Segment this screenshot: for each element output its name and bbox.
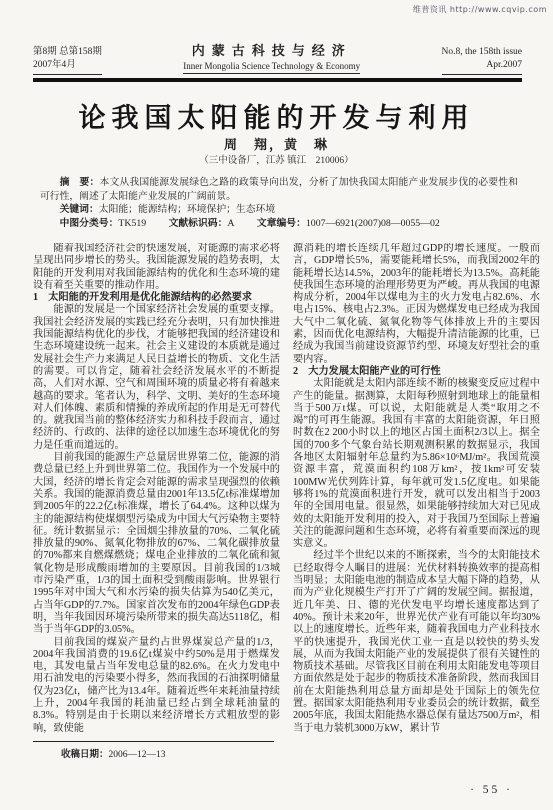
issue-number-en: No.8, the 158th issue xyxy=(442,46,522,59)
issue-info-en: No.8, the 158th issue Apr.2007 xyxy=(442,46,522,75)
issue-date-en: Apr.2007 xyxy=(442,59,522,72)
right-column: 源消耗的增长连续几年超过GDP的增长速度。一般而言，GDP增长5%，需要能耗增长… xyxy=(293,243,540,763)
article-id-value: 1007—6921(2007)08—0055—02 xyxy=(306,218,440,229)
received-date-footnote: 收稿日期：2006—12—13 xyxy=(33,741,274,761)
keywords-text: 太阳能；能源结构；环境保护；生态环境 xyxy=(99,204,275,215)
page-number: · 55 · xyxy=(470,784,513,796)
abstract-block: 摘 要：本文从我国能源发展绿色之路的政策导向出发，分析了加快我国太阳能产业发展步… xyxy=(40,176,518,230)
cqvip-watermark: 维普资讯 http://www.cqvip.com xyxy=(413,4,547,15)
keywords-label: 关键词： xyxy=(60,204,99,215)
journal-name-en: Inner Mongolia Science Technology & Econ… xyxy=(183,61,360,74)
clc-number: 中图分类号：TK519 xyxy=(60,218,147,229)
article-id-label: 文章编号： xyxy=(257,218,306,229)
right-column-text: 源消耗的增长连续几年超过GDP的增长速度。一般而言，GDP增长5%，需要能耗增长… xyxy=(293,243,540,759)
journal-header: 第8期 总第158期 2007年4月 内蒙古科技与经济 Inner Mongol… xyxy=(33,40,522,82)
paragraph: 随着我国经济社会的快速发展，对能源的需求必将呈现出同步增长的势头。我国能源发展的… xyxy=(33,243,280,292)
issue-date-cn: 2007年4月 xyxy=(33,59,102,72)
paragraph: 源消耗的增长连续几年超过GDP的增长速度。一般而言，GDP增长5%，需要能耗增长… xyxy=(293,243,540,366)
journal-name-cn: 内蒙古科技与经济 xyxy=(183,40,360,59)
header-rule xyxy=(33,78,522,82)
clc-value: TK519 xyxy=(118,218,146,229)
article-id: 文章编号：1007—6921(2007)08—0055—02 xyxy=(257,218,440,229)
received-date-label: 收稿日期： xyxy=(61,750,109,760)
paragraph: 能源的发展是一个国家经济社会发展的重要支撑。我国社会经济发展的实践已经充分表明，… xyxy=(33,304,280,452)
article-body: 随着我国经济社会的快速发展，对能源的需求必将呈现出同步增长的势头。我国能源发展的… xyxy=(33,243,540,763)
classification-line: 中图分类号：TK519 文献标识码：A 文章编号：1007—6921(2007)… xyxy=(40,217,518,231)
doc-code-value: A xyxy=(227,218,234,229)
left-column: 随着我国经济社会的快速发展，对能源的需求必将呈现出同步增长的势头。我国能源发展的… xyxy=(33,243,280,763)
section-heading-1: 1 太阳能的开发利用是优化能源结构的必然要求 xyxy=(33,292,280,304)
article-authors: 周 翔，黄 琳 xyxy=(0,134,553,153)
abstract: 摘 要：本文从我国能源发展绿色之路的政策导向出发，分析了加快我国太阳能产业发展步… xyxy=(40,176,518,203)
scanned-journal-page: { "watermark": "维普资讯 http://www.cqvip.co… xyxy=(0,0,553,810)
issue-info-cn: 第8期 总第158期 2007年4月 xyxy=(33,46,102,75)
doc-code-label: 文献标识码： xyxy=(169,218,228,229)
left-column-text: 随着我国经济社会的快速发展，对能源的需求必将呈现出同步增长的势头。我国能源发展的… xyxy=(33,243,280,735)
section-heading-2: 2 大力发展太阳能产业的可行性 xyxy=(293,366,540,378)
keywords: 关键词：太阳能；能源结构；环境保护；生态环境 xyxy=(40,203,518,217)
journal-name: 内蒙古科技与经济 Inner Mongolia Science Technolo… xyxy=(183,40,360,75)
paragraph: 太阳能就是太阳内部连续不断的核聚变反应过程中产生的能量。据测算，太阳每秒照射到地… xyxy=(293,378,540,550)
clc-label: 中图分类号： xyxy=(60,218,119,229)
paragraph: 经过半个世纪以来的不断探索，当今的太阳能技术已经取得令人瞩目的进展：光伏材料转换… xyxy=(293,550,540,734)
author-affiliation: （三中设备厂，江苏 镇江 210006） xyxy=(0,152,553,166)
abstract-text: 本文从我国能源发展绿色之路的政策导向出发，分析了加快我国太阳能产业发展步伐的必要… xyxy=(40,177,518,202)
paragraph: 目前我国的能源生产总量居世界第二位，能源的消费总量已经上升到世界第二位。我国作为… xyxy=(33,452,280,636)
abstract-label: 摘 要： xyxy=(60,177,100,188)
issue-number-cn: 第8期 总第158期 xyxy=(33,46,102,59)
paragraph: 目前我国的煤炭产量约占世界煤炭总产量的1/3，2004年我国消费的19.6亿t煤… xyxy=(33,637,280,735)
article-title: 论我国太阳能的开发与利用 xyxy=(0,96,553,135)
received-date-value: 2006—12—13 xyxy=(109,750,166,760)
document-code: 文献标识码：A xyxy=(169,218,235,229)
